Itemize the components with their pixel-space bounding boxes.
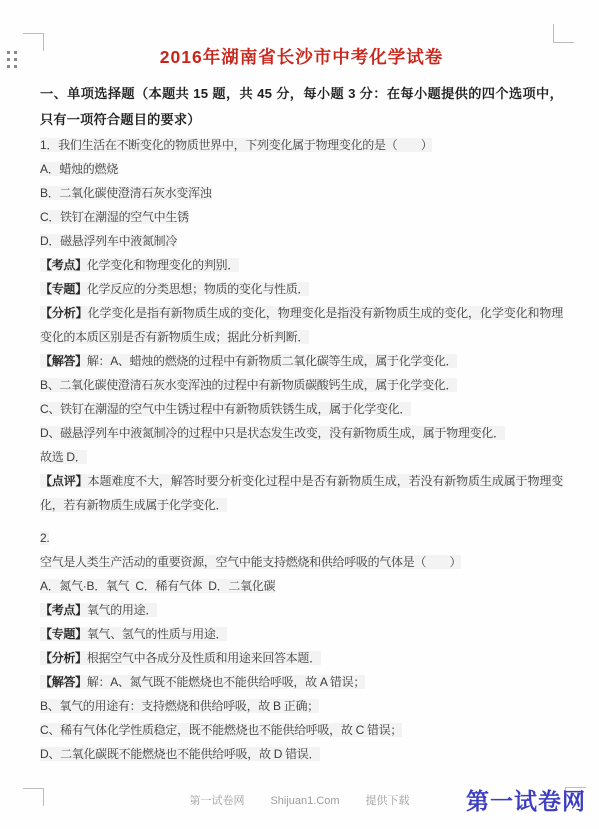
line-text: C、稀有气体化学性质稳定，既不能燃烧也不能供给呼吸，故 C 错误； (40, 723, 402, 737)
bracket-label: 【分析】 (40, 306, 88, 320)
conclusion-line: 故选 D． (40, 445, 563, 469)
line-text: A．氮气·B．氧气 C．稀有气体 D．二氧化碳 (40, 579, 275, 593)
line-text: 氧气的用途． (87, 603, 157, 617)
bracket-label: 【分析】 (40, 651, 87, 665)
line-text: 故选 D． (40, 450, 87, 464)
answer-line: C、铁钉在潮湿的空气中生锈过程中有新物质铁锈生成，属于化学变化． (40, 397, 563, 421)
option-line: C．铁钉在潮湿的空气中生锈 (40, 205, 563, 229)
bracket-label: 【考点】 (40, 603, 87, 617)
option-line: D．磁悬浮列车中液氮制冷 (40, 229, 563, 253)
fenxi-line: 【分析】化学变化是指有新物质生成的变化，物理变化是指没有新物质生成的变化，化学变… (40, 301, 563, 349)
line-text: 解：A、氮气既不能燃烧也不能供给呼吸，故 A 错误； (87, 675, 365, 689)
kaodian-line: 【考点】氧气的用途． (40, 598, 563, 622)
grid-dots-icon (7, 51, 18, 69)
crop-mark-top-right-icon (553, 24, 574, 43)
crop-mark-top-left-icon (23, 33, 44, 51)
answer-line: C、稀有气体化学性质稳定，既不能燃烧也不能供给呼吸，故 C 错误； (40, 718, 563, 742)
bracket-label: 【专题】 (40, 627, 87, 641)
footer-site-url: Shijuan1.Com (270, 795, 339, 807)
document-page: 2016年湖南省长沙市中考化学试卷 一、单项选择题（本题共 15 题，共 45 … (0, 0, 599, 829)
footer-download-hint: 提供下载 (366, 795, 410, 807)
document-body: 1．我们生活在不断变化的物质世界中，下列变化属于物理变化的是（ ） A．蜡烛的燃… (40, 133, 563, 766)
option-line: B．二氧化碳使澄清石灰水变浑浊 (40, 181, 563, 205)
jieda-line: 【解答】解：A、氮气既不能燃烧也不能供给呼吸，故 A 错误； (40, 670, 563, 694)
bracket-label: 【解答】 (40, 354, 87, 368)
line-text: D、二氧化碳既不能燃烧也不能供给呼吸，故 D 错误． (40, 747, 320, 761)
question-number-line: 2. (40, 526, 563, 550)
option-line: A．氮气·B．氧气 C．稀有气体 D．二氧化碳 (40, 574, 563, 598)
page-title: 2016年湖南省长沙市中考化学试卷 (40, 46, 563, 68)
line-text: 解：A、蜡烛的燃烧的过程中有新物质二氧化碳等生成，属于化学变化． (87, 354, 457, 368)
line-text: 1．我们生活在不断变化的物质世界中，下列变化属于物理变化的是（ ） (40, 138, 432, 152)
jieda-line: 【解答】解：A、蜡烛的燃烧的过程中有新物质二氧化碳等生成，属于化学变化． (40, 349, 563, 373)
question-line: 1．我们生活在不断变化的物质世界中，下列变化属于物理变化的是（ ） (40, 133, 563, 157)
bracket-label: 【考点】 (40, 258, 87, 272)
site-watermark: 第一试卷网 (466, 788, 586, 816)
line-text: D、磁悬浮列车中液氮制冷的过程中只是状态发生改变，没有新物质生成，属于物理变化． (40, 426, 505, 440)
bracket-label: 【点评】 (40, 474, 88, 488)
section-heading: 一、单项选择题（本题共 15 题，共 45 分，每小题 3 分：在每小题提供的四… (40, 81, 563, 132)
line-text: 化学变化和物理变化的判别． (87, 258, 239, 272)
answer-line: D、磁悬浮列车中液氮制冷的过程中只是状态发生改变，没有新物质生成，属于物理变化． (40, 421, 563, 445)
line-text: D．磁悬浮列车中液氮制冷 (40, 234, 177, 248)
line-text: 化学反应的分类思想；物质的变化与性质． (87, 282, 309, 296)
dianping-line: 【点评】本题难度不大，解答时要分析变化过程中是否有新物质生成，若没有新物质生成属… (40, 469, 563, 517)
question-line: 空气是人类生产活动的重要资源，空气中能支持燃烧和供给呼吸的气体是（ ） (40, 550, 563, 574)
bracket-label: 【解答】 (40, 675, 87, 689)
line-text: C．铁钉在潮湿的空气中生锈 (40, 210, 189, 224)
line-text: B．二氧化碳使澄清石灰水变浑浊 (40, 186, 212, 200)
line-text: 氧气、氢气的性质与用途． (87, 627, 227, 641)
line-text: A．蜡烛的燃烧 (40, 162, 118, 176)
fenxi-line: 【分析】根据空气中各成分及性质和用途来回答本题． (40, 646, 563, 670)
line-text: 根据空气中各成分及性质和用途来回答本题． (87, 651, 321, 665)
footer-site-name: 第一试卷网 (189, 795, 244, 807)
line-text: 2. (40, 531, 49, 545)
line-text: C、铁钉在潮湿的空气中生锈过程中有新物质铁锈生成，属于化学变化． (40, 402, 411, 416)
answer-line: B、二氧化碳使澄清石灰水变浑浊的过程中有新物质碳酸钙生成，属于化学变化． (40, 373, 563, 397)
line-text: B、二氧化碳使澄清石灰水变浑浊的过程中有新物质碳酸钙生成，属于化学变化． (40, 378, 457, 392)
answer-line: B、氧气的用途有：支持燃烧和供给呼吸，故 B 正确； (40, 694, 563, 718)
line-text: B、氧气的用途有：支持燃烧和供给呼吸，故 B 正确； (40, 699, 319, 713)
bracket-label: 【专题】 (40, 282, 87, 296)
line-text: 化学变化是指有新物质生成的变化，物理变化是指没有新物质生成的变化，化学变化和物理… (40, 306, 563, 344)
option-line: A．蜡烛的燃烧 (40, 157, 563, 181)
zhuanti-line: 【专题】氧气、氢气的性质与用途． (40, 622, 563, 646)
zhuanti-line: 【专题】化学反应的分类思想；物质的变化与性质． (40, 277, 563, 301)
line-text: 本题难度不大，解答时要分析变化过程中是否有新物质生成，若没有新物质生成属于物理变… (40, 474, 563, 512)
line-text: 空气是人类生产活动的重要资源，空气中能支持燃烧和供给呼吸的气体是（ ） (40, 555, 461, 569)
answer-line: D、二氧化碳既不能燃烧也不能供给呼吸，故 D 错误． (40, 742, 563, 766)
kaodian-line: 【考点】化学变化和物理变化的判别． (40, 253, 563, 277)
